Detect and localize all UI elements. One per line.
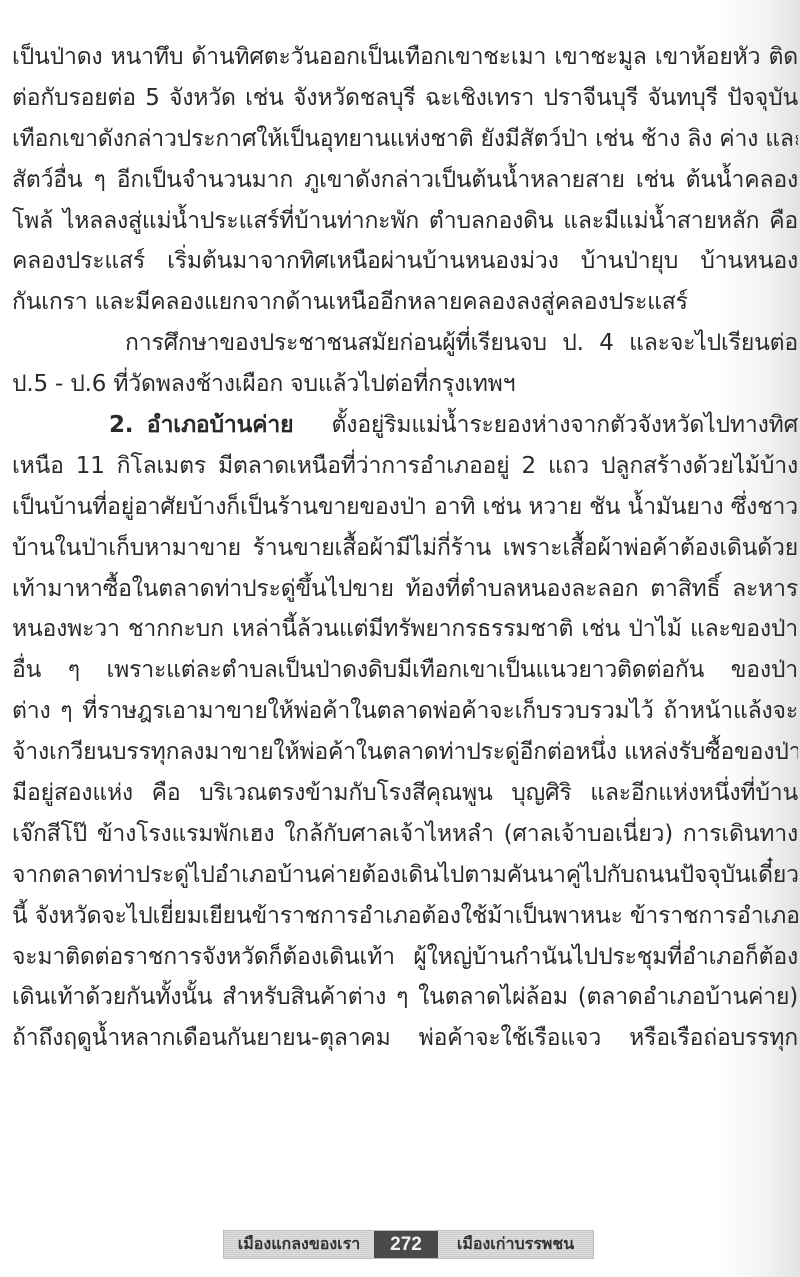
text-line: เหนือ 11 กิโลเมตร มีตลาดเหนือที่ว่าการอำ… <box>12 446 798 487</box>
text-line: มีอยู่สองแห่ง คือ บริเวณตรงข้ามกับโรงสีค… <box>12 773 798 814</box>
text-line: นี้ จังหวัดจะไปเยี่ยมเยียนข้าราชการอำเภอ… <box>12 896 798 937</box>
text-line: จ้างเกวียนบรรทุกลงมาขายให้พ่อค้าในตลาดท่… <box>12 732 798 773</box>
text-line: เทือกเขาดังกล่าวประกาศให้เป็นอุทยานแห่งช… <box>12 119 798 160</box>
body-text: เป็นป่าดง หนาทึบ ด้านทิศตะวันออกเป็นเทือ… <box>12 37 798 1059</box>
text-line: ต่าง ๆ ที่ราษฎรเอามาขายให้พ่อค้าในตลาดพ่… <box>12 691 798 732</box>
text-line: ป.5 - ป.6 ที่วัดพลงช้างเผือก จบแล้วไปต่อ… <box>12 364 798 405</box>
text-line: อื่น ๆ เพราะแต่ละตำบลเป็นป่าดงดิบมีเทือก… <box>12 650 798 691</box>
page-footer: เมืองแกลงของเรา 272 เมืองเก่าบรรพชน <box>223 1230 594 1259</box>
section-heading-text: ตั้งอยู่ริมแม่น้ำระยองห่างจากตัวจังหวัดไ… <box>332 412 798 438</box>
page-number: 272 <box>374 1231 438 1258</box>
text-line: เจ๊กสีโป๊ ข้างโรงแรมพักเฮง ใกล้กับศาลเจ้… <box>12 814 798 855</box>
text-line: ต่อกับรอยต่อ 5 จังหวัด เช่น จังหวัดชลบุร… <box>12 78 798 119</box>
section-heading-line: 2. อำเภอบ้านค่าย ตั้งอยู่ริมแม่น้ำระยองห… <box>12 405 798 446</box>
text-line: จะมาติดต่อราชการจังหวัดก็ต้องเดินเท้า ผู… <box>12 937 798 978</box>
text-line: สัตว์อื่น ๆ อีกเป็นจำนวนมาก ภูเขาดังกล่า… <box>12 160 798 201</box>
book-page: เป็นป่าดง หนาทึบ ด้านทิศตะวันออกเป็นเทือ… <box>0 0 800 1277</box>
paragraph-start-line: การศึกษาของประชาชนสมัยก่อนผู้ที่เรียนจบ … <box>12 323 798 364</box>
text-line: เป็นป่าดง หนาทึบ ด้านทิศตะวันออกเป็นเทือ… <box>12 37 798 78</box>
section-heading: 2. อำเภอบ้านค่าย <box>109 412 293 438</box>
text-line: เป็นบ้านที่อยู่อาศัยบ้างก็เป็นร้านขายของ… <box>12 487 798 528</box>
book-title: เมืองแกลงของเรา <box>224 1232 374 1257</box>
text-line: กันเกรา และมีคลองแยกจากด้านเหนืออีกหลายค… <box>12 282 798 323</box>
text-line: จากตลาดท่าประดู่ไปอำเภอบ้านค่ายต้องเดินไ… <box>12 855 798 896</box>
text-line: คลองประแสร์ เริ่มต้นมาจากทิศเหนือผ่านบ้า… <box>12 241 798 282</box>
chapter-title: เมืองเก่าบรรพชน <box>438 1232 593 1257</box>
text-line: บ้านในป่าเก็บหามาขาย ร้านขายเสื้อผ้ามีไม… <box>12 528 798 569</box>
text-line: โพล้ ไหลลงสู่แม่น้ำประแสร์ที่บ้านท่ากะพั… <box>12 201 798 242</box>
text-line: ถ้าถึงฤดูน้ำหลากเดือนกันยายน-ตุลาคม พ่อค… <box>12 1018 798 1059</box>
text-line: เท้ามาหาซื้อในตลาดท่าประดู่ขึ้นไปขาย ท้อ… <box>12 569 798 610</box>
text-line: เดินเท้าด้วยกันทั้งนั้น สำหรับสินค้าต่าง… <box>12 977 798 1018</box>
text-line: หนองพะวา ชากกะบก เหล่านี้ล้วนแต่มีทรัพยา… <box>12 609 798 650</box>
